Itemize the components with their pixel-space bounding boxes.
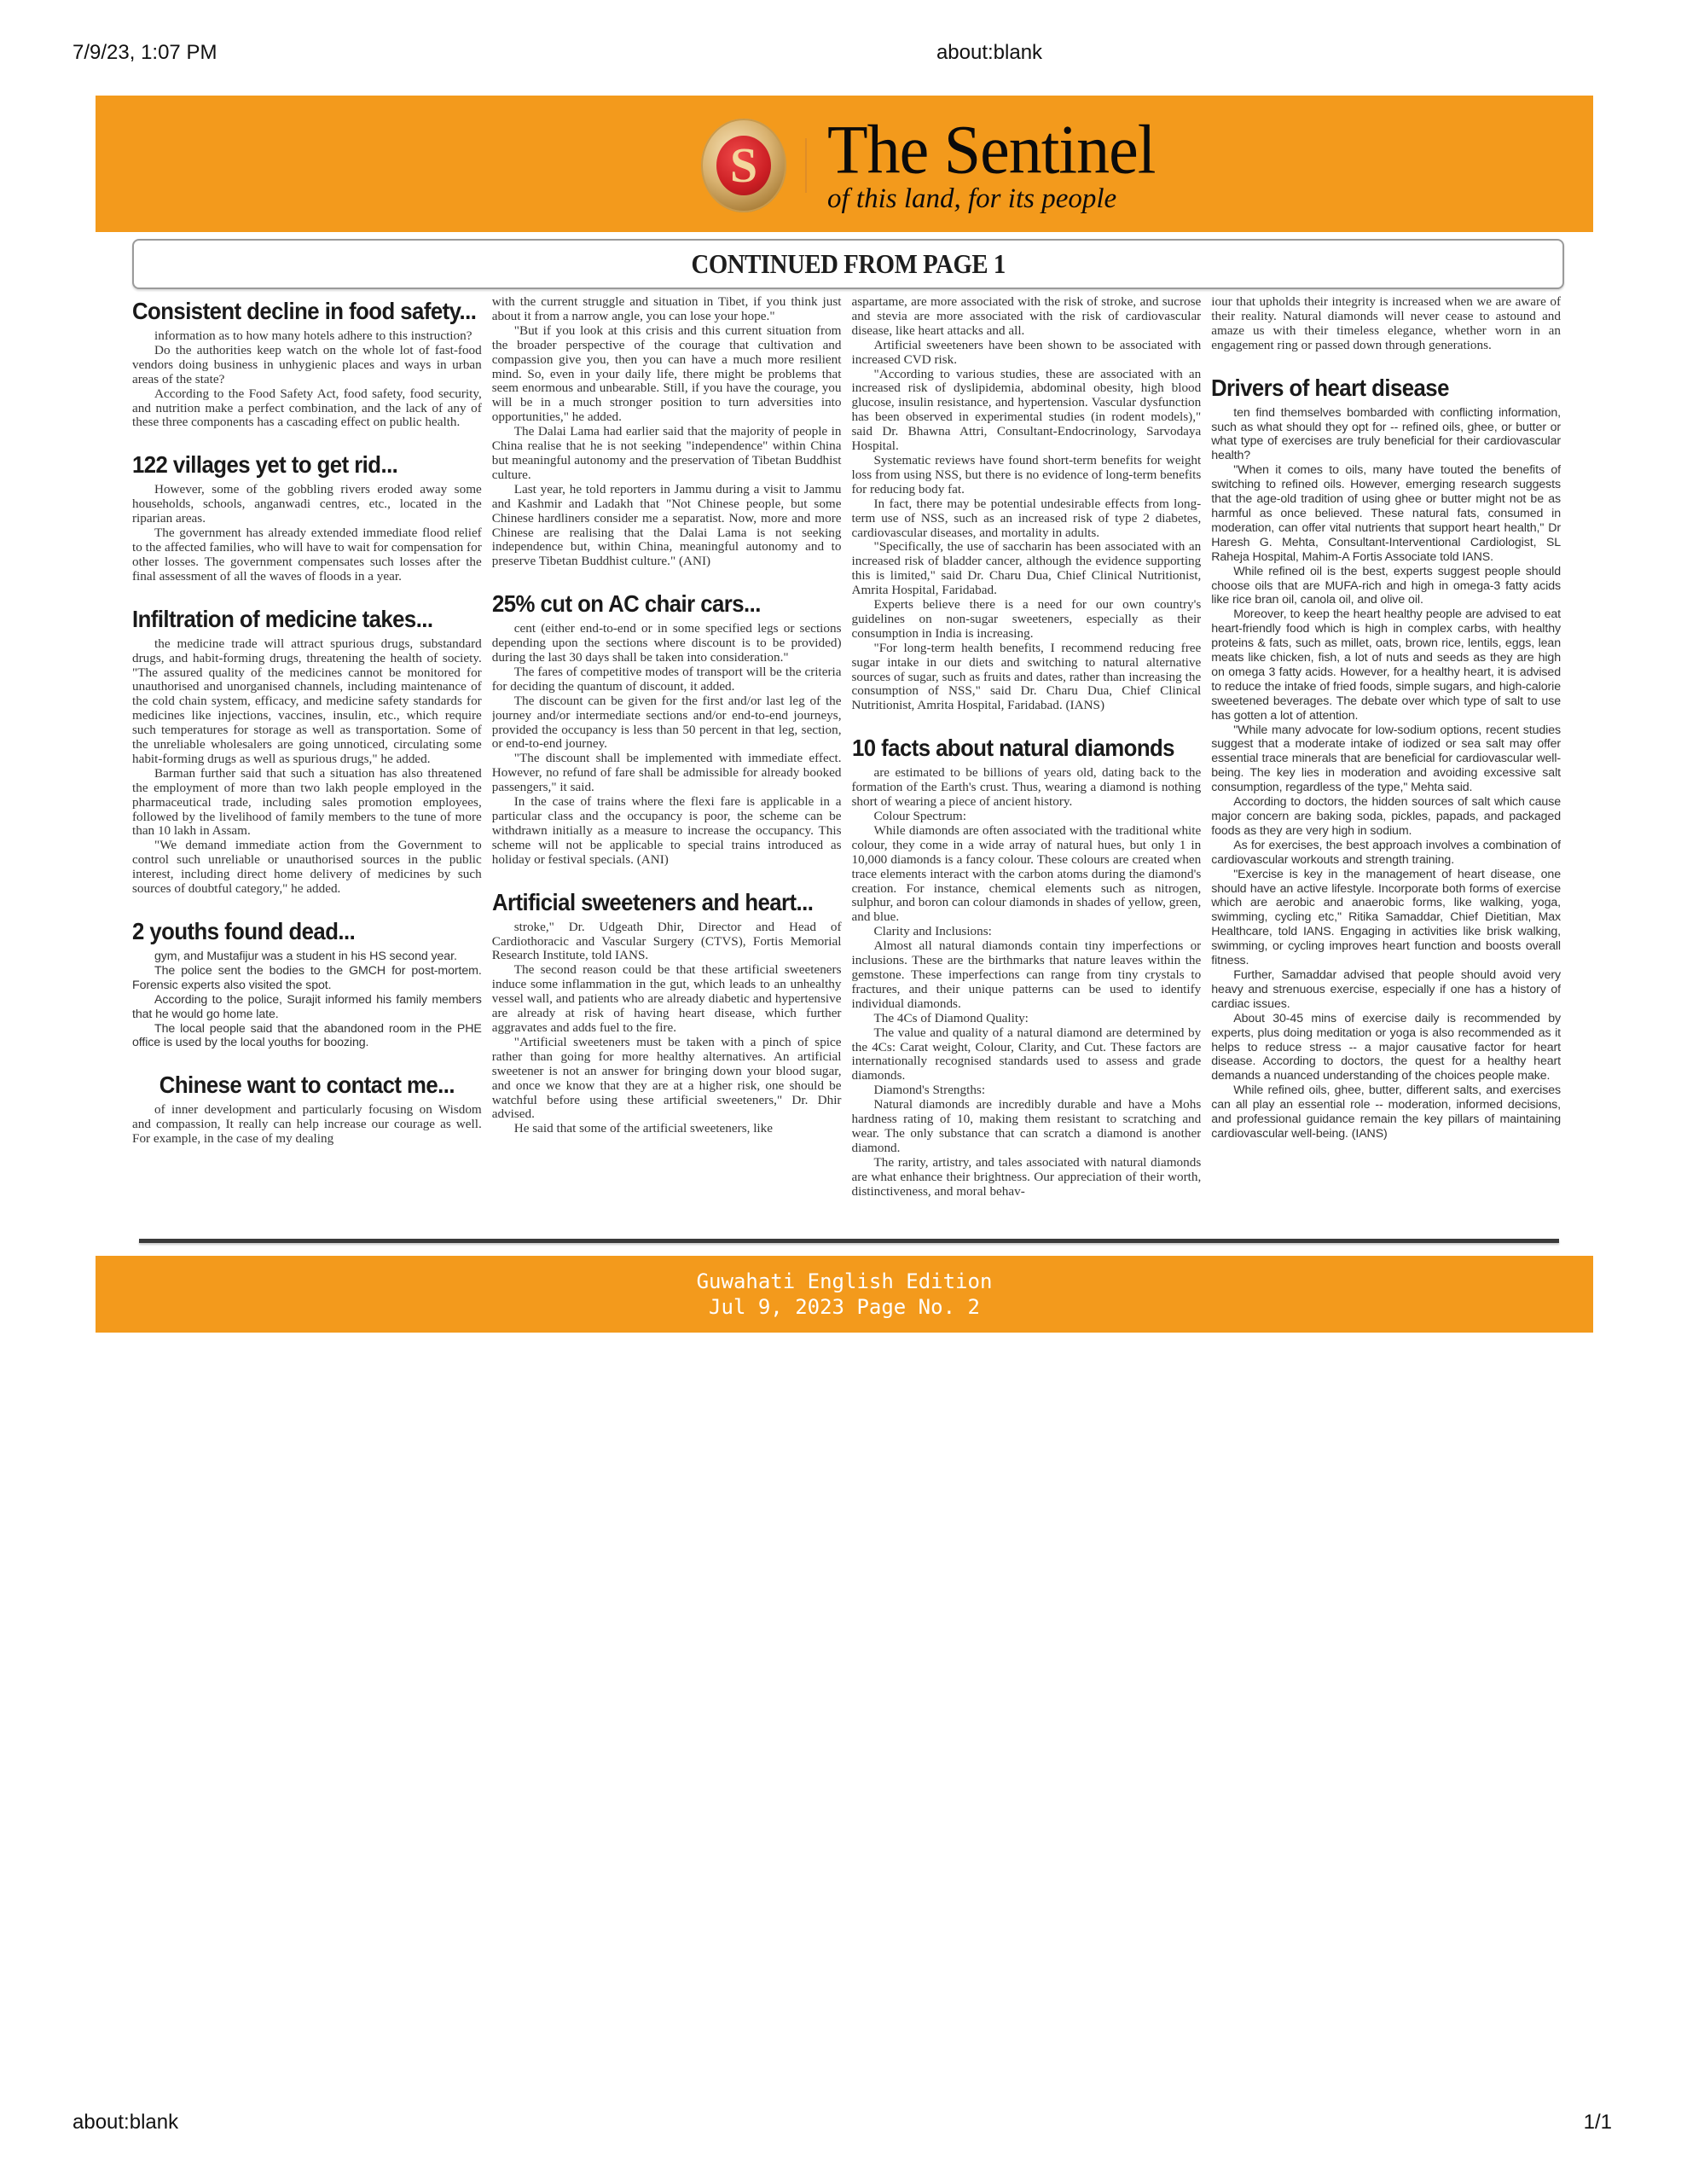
article-block: Infiltration of medicine takes...the med… <box>132 605 482 909</box>
article-headline[interactable]: 122 villages yet to get rid... <box>132 450 454 479</box>
sentinel-emblem-icon: S <box>701 119 786 212</box>
article-spacer <box>132 1050 482 1062</box>
article-paragraph: The police sent the bodies to the GMCH f… <box>132 964 482 993</box>
article-paragraph: Experts believe there is a need for our … <box>852 598 1202 642</box>
article-paragraph: Colour Spectrum: <box>852 810 1202 824</box>
article-paragraph: The local people said that the abandoned… <box>132 1022 482 1051</box>
article-spacer <box>132 584 482 596</box>
article-spacer <box>1211 353 1561 365</box>
article-headline[interactable]: Infiltration of medicine takes... <box>132 605 454 634</box>
article-paragraph: Almost all natural diamonds contain tiny… <box>852 939 1202 1012</box>
article-block: 25% cut on AC chair cars...cent (either … <box>492 590 842 879</box>
edition-date-page: Jul 9, 2023 Page No. 2 <box>709 1294 980 1320</box>
article-paragraph: However, some of the gobbling rivers ero… <box>132 483 482 526</box>
section-title: CONTINUED FROM PAGE 1 <box>691 248 1005 280</box>
article-paragraph: "While many advocate for low-sodium opti… <box>1211 723 1561 796</box>
article-block: Consistent decline in food safety...info… <box>132 297 482 442</box>
column-4: iour that upholds their integrity is inc… <box>1211 295 1561 1229</box>
page-bottom-rule <box>139 1239 1559 1243</box>
article-paragraph: ten find themselves bombarded with confl… <box>1211 406 1561 464</box>
article-paragraph: with the current struggle and situation … <box>492 295 842 324</box>
article-headline[interactable]: Consistent decline in food safety... <box>132 297 454 326</box>
masthead: S The Sentinel of this land, for its peo… <box>96 96 1593 232</box>
article-paragraph: According to doctors, the hidden sources… <box>1211 795 1561 839</box>
article-block: 10 facts about natural diamondsare estim… <box>852 734 1202 1199</box>
article-block: Drivers of heart diseaseten find themsel… <box>1211 374 1561 1141</box>
article-paragraph: According to the police, Surajit informe… <box>132 993 482 1022</box>
logo-text: The Sentinel of this land, for its peopl… <box>827 117 1155 214</box>
article-paragraph: He said that some of the artificial swee… <box>492 1122 842 1136</box>
article-headline[interactable]: 2 youths found dead... <box>132 917 454 946</box>
article-paragraph: About 30-45 mins of exercise daily is re… <box>1211 1012 1561 1084</box>
article-headline[interactable]: 10 facts about natural diamonds <box>852 734 1174 763</box>
article-paragraph: "According to various studies, these are… <box>852 368 1202 454</box>
article-block: Chinese want to contact me...of inner de… <box>132 1071 482 1147</box>
article-paragraph: gym, and Mustafijur was a student in his… <box>132 950 482 964</box>
article-spacer <box>132 897 482 909</box>
logo-divider <box>805 138 807 193</box>
print-footer-url: about:blank <box>72 2111 178 2135</box>
edition-name: Guwahati English Edition <box>697 1269 993 1294</box>
article-paragraph: Systematic reviews have found short-term… <box>852 454 1202 497</box>
article-paragraph: According to the Food Safety Act, food s… <box>132 387 482 431</box>
article-paragraph: Do the authorities keep watch on the who… <box>132 344 482 387</box>
logo-letter: S <box>716 136 771 195</box>
column-2: with the current struggle and situation … <box>492 295 842 1229</box>
article-paragraph: Diamond's Strengths: <box>852 1083 1202 1098</box>
article-block: 2 youths found dead...gym, and Mustafiju… <box>132 917 482 1062</box>
article-paragraph: iour that upholds their integrity is inc… <box>1211 295 1561 353</box>
article-paragraph: The value and quality of a natural diamo… <box>852 1026 1202 1084</box>
article-paragraph: "When it comes to oils, many have touted… <box>1211 463 1561 564</box>
article-paragraph: Natural diamonds are incredibly durable … <box>852 1098 1202 1156</box>
article-block: aspartame, are more associated with the … <box>852 295 1202 725</box>
article-paragraph: While refined oil is the best, experts s… <box>1211 565 1561 608</box>
article-block: iour that upholds their integrity is inc… <box>1211 295 1561 365</box>
newspaper-tagline: of this land, for its people <box>827 183 1155 214</box>
article-paragraph: aspartame, are more associated with the … <box>852 295 1202 339</box>
article-headline[interactable]: Artificial sweeteners and heart... <box>492 888 814 917</box>
article-paragraph: Last year, he told reporters in Jammu du… <box>492 483 842 569</box>
article-paragraph: As for exercises, the best approach invo… <box>1211 839 1561 868</box>
article-paragraph: Barman further said that such a situatio… <box>132 767 482 839</box>
article-paragraph: The discount can be given for the first … <box>492 694 842 752</box>
edition-footer: Guwahati English Edition Jul 9, 2023 Pag… <box>96 1256 1593 1333</box>
article-paragraph: The 4Cs of Diamond Quality: <box>852 1012 1202 1026</box>
article-paragraph: Further, Samaddar advised that people sh… <box>1211 968 1561 1012</box>
article-block: 122 villages yet to get rid...However, s… <box>132 450 482 595</box>
article-spacer <box>132 430 482 442</box>
article-paragraph: Artificial sweeteners have been shown to… <box>852 339 1202 368</box>
article-paragraph: While refined oils, ghee, butter, differ… <box>1211 1083 1561 1141</box>
article-paragraph: The government has already extended imme… <box>132 526 482 584</box>
article-paragraph: The fares of competitive modes of transp… <box>492 665 842 694</box>
article-paragraph: cent (either end-to-end or in some speci… <box>492 622 842 665</box>
article-block: with the current struggle and situation … <box>492 295 842 581</box>
section-title-box: CONTINUED FROM PAGE 1 <box>132 239 1564 289</box>
article-paragraph: stroke," Dr. Udgeath Dhir, Director and … <box>492 921 842 964</box>
article-block: Artificial sweeteners and heart...stroke… <box>492 888 842 1137</box>
article-headline[interactable]: Chinese want to contact me... <box>146 1071 467 1100</box>
article-paragraph: Clarity and Inclusions: <box>852 925 1202 939</box>
print-header-url: about:blank <box>0 41 1687 65</box>
article-paragraph: The second reason could be that these ar… <box>492 963 842 1036</box>
article-headline[interactable]: 25% cut on AC chair cars... <box>492 590 814 619</box>
article-paragraph: the medicine trade will attract spurious… <box>132 637 482 767</box>
newspaper-title: The Sentinel <box>827 115 1155 183</box>
article-paragraph: While diamonds are often associated with… <box>852 824 1202 925</box>
article-paragraph: "Artificial sweeteners must be taken wit… <box>492 1036 842 1122</box>
column-1: Consistent decline in food safety...info… <box>132 295 482 1229</box>
column-3: aspartame, are more associated with the … <box>852 295 1202 1229</box>
article-paragraph: The rarity, artistry, and tales associat… <box>852 1156 1202 1199</box>
article-paragraph: Moreover, to keep the heart healthy peop… <box>1211 607 1561 723</box>
article-paragraph: information as to how many hotels adhere… <box>132 329 482 344</box>
article-spacer <box>492 868 842 880</box>
article-columns: Consistent decline in food safety...info… <box>132 295 1561 1229</box>
article-paragraph: "But if you look at this crisis and this… <box>492 324 842 425</box>
article-paragraph: are estimated to be billions of years ol… <box>852 766 1202 810</box>
article-spacer <box>852 713 1202 725</box>
logo[interactable]: S The Sentinel of this land, for its peo… <box>701 114 1155 217</box>
print-footer-page: 1/1 <box>1584 2111 1612 2135</box>
article-headline[interactable]: Drivers of heart disease <box>1211 374 1533 403</box>
article-paragraph: The Dalai Lama had earlier said that the… <box>492 425 842 483</box>
article-paragraph: "The discount shall be implemented with … <box>492 752 842 795</box>
article-paragraph: In the case of trains where the flexi fa… <box>492 795 842 868</box>
article-paragraph: "We demand immediate action from the Gov… <box>132 839 482 897</box>
article-spacer <box>492 569 842 581</box>
article-paragraph: In fact, there may be potential undesira… <box>852 497 1202 541</box>
article-paragraph: "For long-term health benefits, I recomm… <box>852 642 1202 714</box>
article-paragraph: "Exercise is key in the management of he… <box>1211 868 1561 968</box>
article-paragraph: "Specifically, the use of saccharin has … <box>852 540 1202 598</box>
article-paragraph: of inner development and particularly fo… <box>132 1103 482 1147</box>
